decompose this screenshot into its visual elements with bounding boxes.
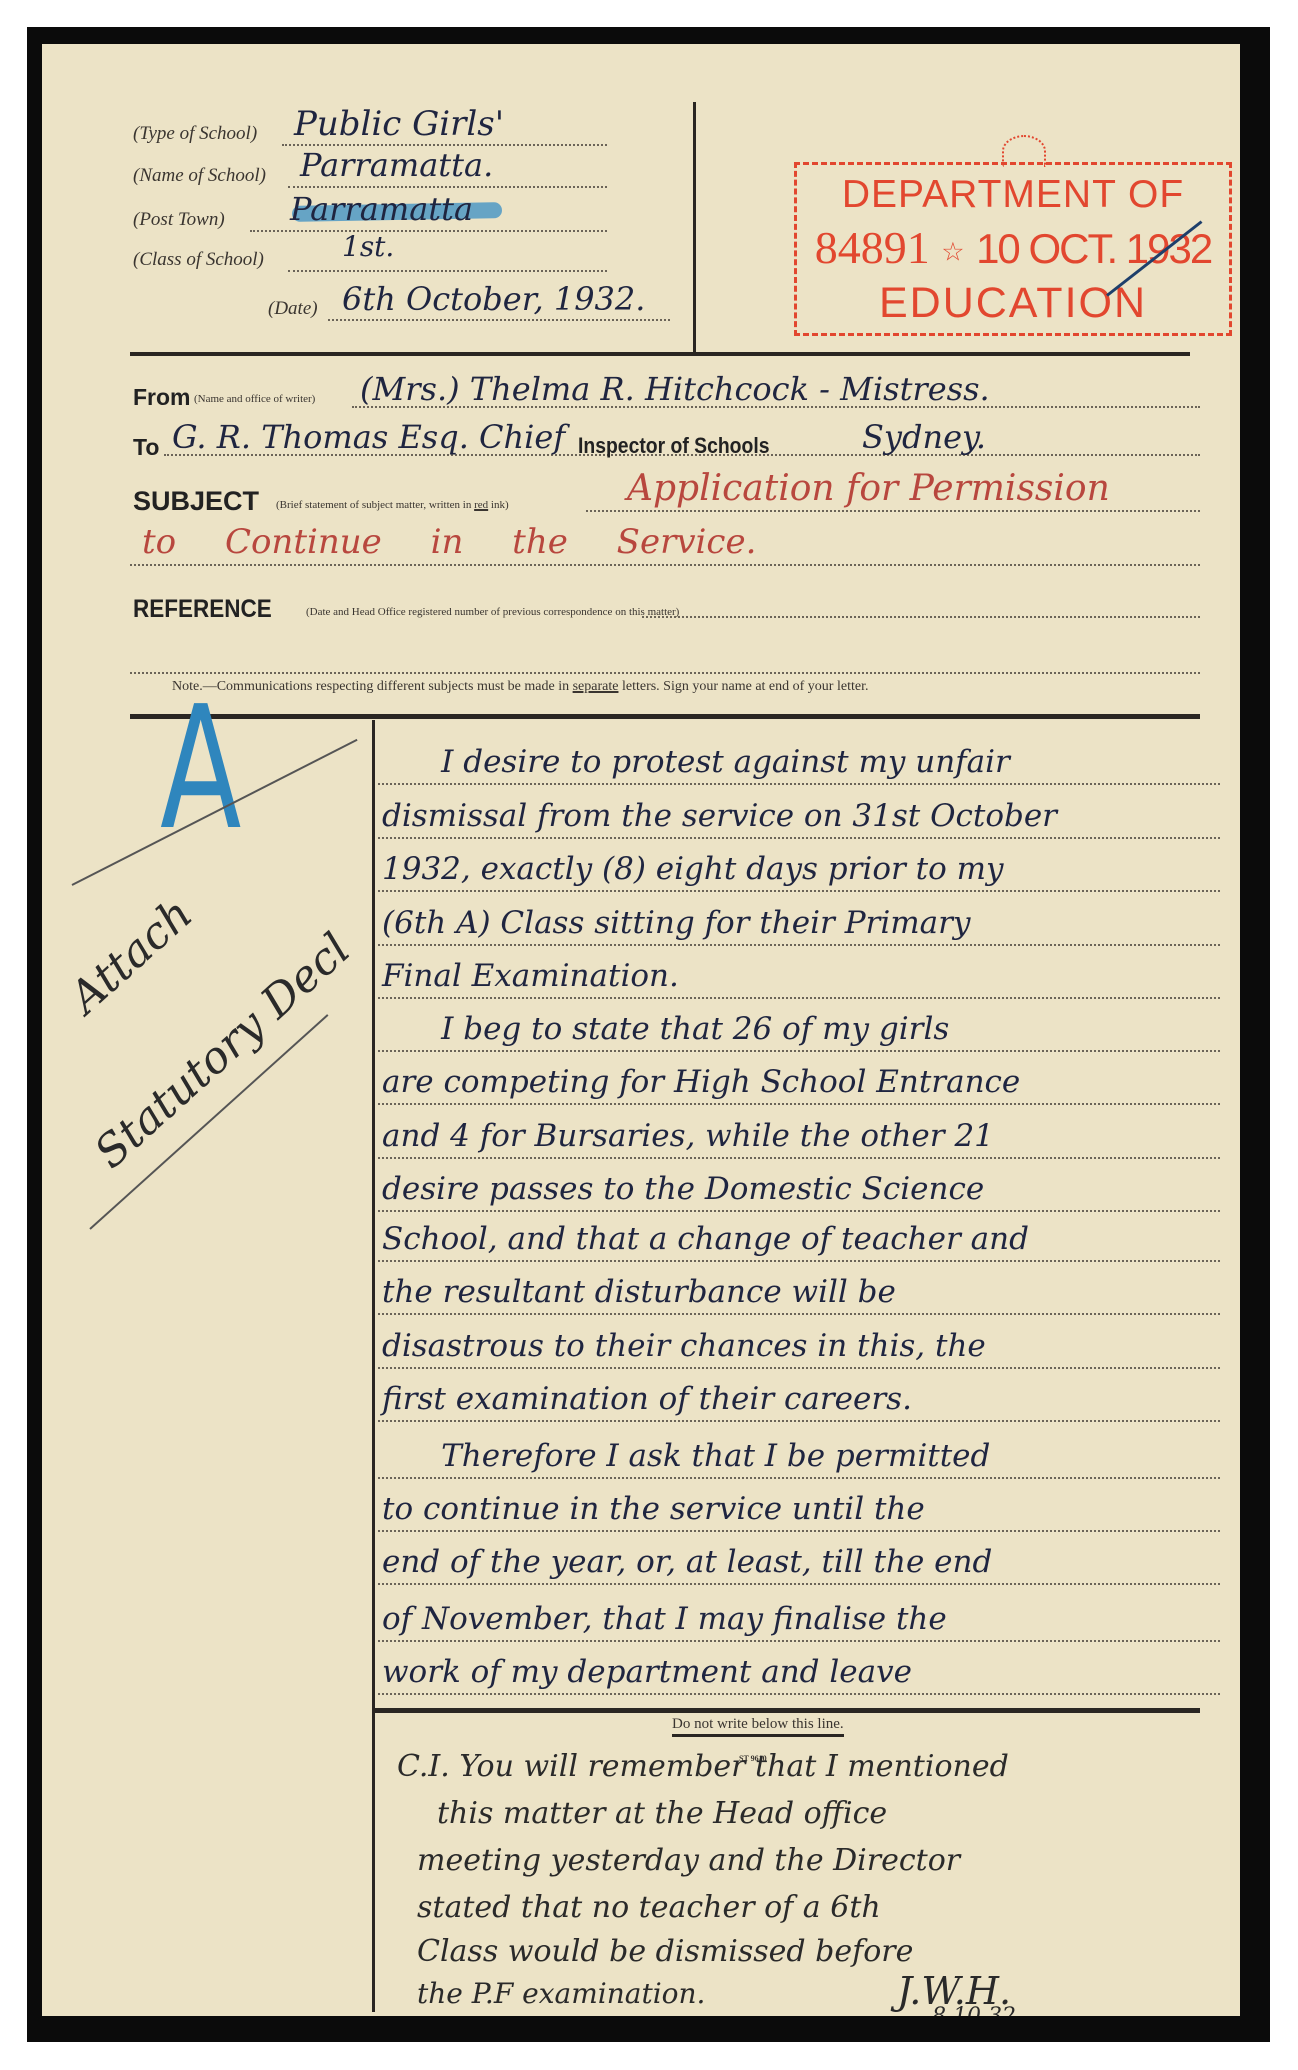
post-town-value: Parramatta [290, 190, 473, 228]
from-hint: (Name and office of writer) [194, 393, 315, 405]
letter-line: are competing for High School Entrance [382, 1064, 1020, 1100]
letter-line: work of my department and leave [382, 1654, 912, 1690]
minute-line: the P.F examination. [417, 1977, 705, 2010]
letter-line: Final Examination. [382, 958, 679, 994]
letter-line: and 4 for Bursaries, while the other 21 [382, 1118, 994, 1154]
minute-date: 8.10.32 [932, 2004, 1016, 2016]
ruled-line [378, 1420, 1220, 1422]
ruled-line [378, 1583, 1220, 1585]
ruled-line [378, 1313, 1220, 1315]
letter-form: (Type of School) Public Girls' (Name of … [42, 44, 1240, 2016]
minute-line: this matter at the Head office [437, 1796, 887, 1831]
minute-line: meeting yesterday and the Director [417, 1843, 960, 1878]
ruled-line [378, 1477, 1220, 1479]
letter-line: to continue in the service until the [382, 1491, 925, 1527]
letter-line: end of the year, or, at least, till the … [382, 1544, 992, 1580]
stamp-line1: DEPARTMENT OF [797, 173, 1229, 217]
pencil-annotation-attach: Attach [60, 888, 202, 1023]
minute-line: Class would be dismissed before [417, 1934, 913, 1969]
reference-label: REFERENCE [133, 595, 272, 624]
ruled-line [378, 1210, 1220, 1212]
from-label: From [133, 384, 191, 411]
letter-line: dismissal from the service on 31st Octob… [382, 798, 1057, 834]
header-divider [693, 102, 696, 354]
post-town-label: (Post Town) [133, 209, 225, 231]
to-addressee: G. R. Thomas Esq. Chief [172, 418, 565, 456]
date-label: (Date) [268, 298, 318, 320]
star-icon: ☆ [941, 237, 964, 266]
subject-hint: (Brief statement of subject matter, writ… [276, 499, 509, 511]
name-of-school-value: Parramatta. [300, 146, 493, 184]
to-label: To [133, 434, 159, 461]
from-value: (Mrs.) Thelma R. Hitchcock - Mistress. [360, 370, 990, 408]
stamp-date: 10 OCT. 1932 [976, 225, 1211, 272]
class-of-school-label: (Class of School) [133, 249, 264, 271]
name-of-school-line [288, 186, 607, 188]
ruled-line [378, 1157, 1220, 1159]
ruled-line [378, 1260, 1220, 1262]
ruled-line [378, 997, 1220, 999]
letter-line: I beg to state that 26 of my girls [382, 1011, 949, 1047]
reference-line-2 [130, 672, 1200, 674]
blue-pencil-letter: A [160, 684, 241, 854]
body-top-rule [130, 714, 1200, 719]
header-rule [130, 352, 1190, 356]
letter-line: I desire to protest against my unfair [382, 744, 1010, 780]
red-emphasis: red [474, 499, 488, 511]
subject-line-1 [586, 510, 1200, 512]
to-place: Sydney. [862, 418, 986, 456]
date-value: 6th October, 1932. [342, 280, 645, 318]
do-not-write-instruction: Do not write below this line. [672, 1716, 844, 1737]
letter-line: first examination of their careers. [382, 1381, 912, 1417]
minute-line: stated that no teacher of a 6th [417, 1890, 881, 1925]
ruled-line [378, 1103, 1220, 1105]
ruled-line [378, 1530, 1220, 1532]
margin-divider [372, 720, 375, 2012]
letter-line: Therefore I ask that I be permitted [382, 1438, 990, 1474]
letter-line: desire passes to the Domestic Science [382, 1171, 984, 1207]
note-text: Note.—Communications respecting differen… [172, 679, 868, 695]
class-of-school-line [288, 270, 607, 272]
stamp-line3: EDUCATION [797, 279, 1229, 328]
ruled-line [378, 837, 1220, 839]
crown-icon [1002, 135, 1046, 167]
ruled-line [378, 1640, 1220, 1642]
letter-line: the resultant disturbance will be [382, 1274, 896, 1310]
class-of-school-value: 1st. [342, 230, 394, 263]
subject-label: SUBJECT [133, 486, 259, 517]
type-of-school-label: (Type of School) [133, 123, 257, 145]
ruled-line [378, 1050, 1220, 1052]
note-emphasis: separate [573, 679, 619, 694]
letter-line: 1932, exactly (8) eight days prior to my [382, 851, 1004, 887]
post-town-line [250, 230, 607, 232]
ruled-line [378, 1693, 1220, 1695]
reference-line-1 [642, 616, 1200, 618]
letter-line: (6th A) Class sitting for their Primary [382, 905, 971, 941]
stamp-number: 84891 [815, 222, 930, 273]
subject-value-line2: to Continue in the Service. [142, 522, 756, 562]
ruled-line [378, 1367, 1220, 1369]
letter-line: disastrous to their chances in this, the [382, 1328, 986, 1364]
reference-hint: (Date and Head Office registered number … [306, 606, 679, 618]
ruled-line [378, 890, 1220, 892]
ruled-line [378, 783, 1220, 785]
to-printed-title: Inspector of Schools [578, 433, 769, 459]
minute-line: C.I. You will remember that I mentioned [397, 1749, 1009, 1784]
type-of-school-value: Public Girls' [294, 104, 504, 144]
do-not-write-rule [375, 1708, 1200, 1713]
date-line [328, 319, 670, 321]
letter-line: of November, that I may finalise the [382, 1601, 947, 1637]
subject-line-2 [130, 564, 1200, 566]
letter-line: School, and that a change of teacher and [382, 1221, 1029, 1257]
name-of-school-label: (Name of School) [133, 165, 266, 187]
subject-value-line1: Application for Permission [627, 468, 1110, 509]
ruled-line [378, 944, 1220, 946]
